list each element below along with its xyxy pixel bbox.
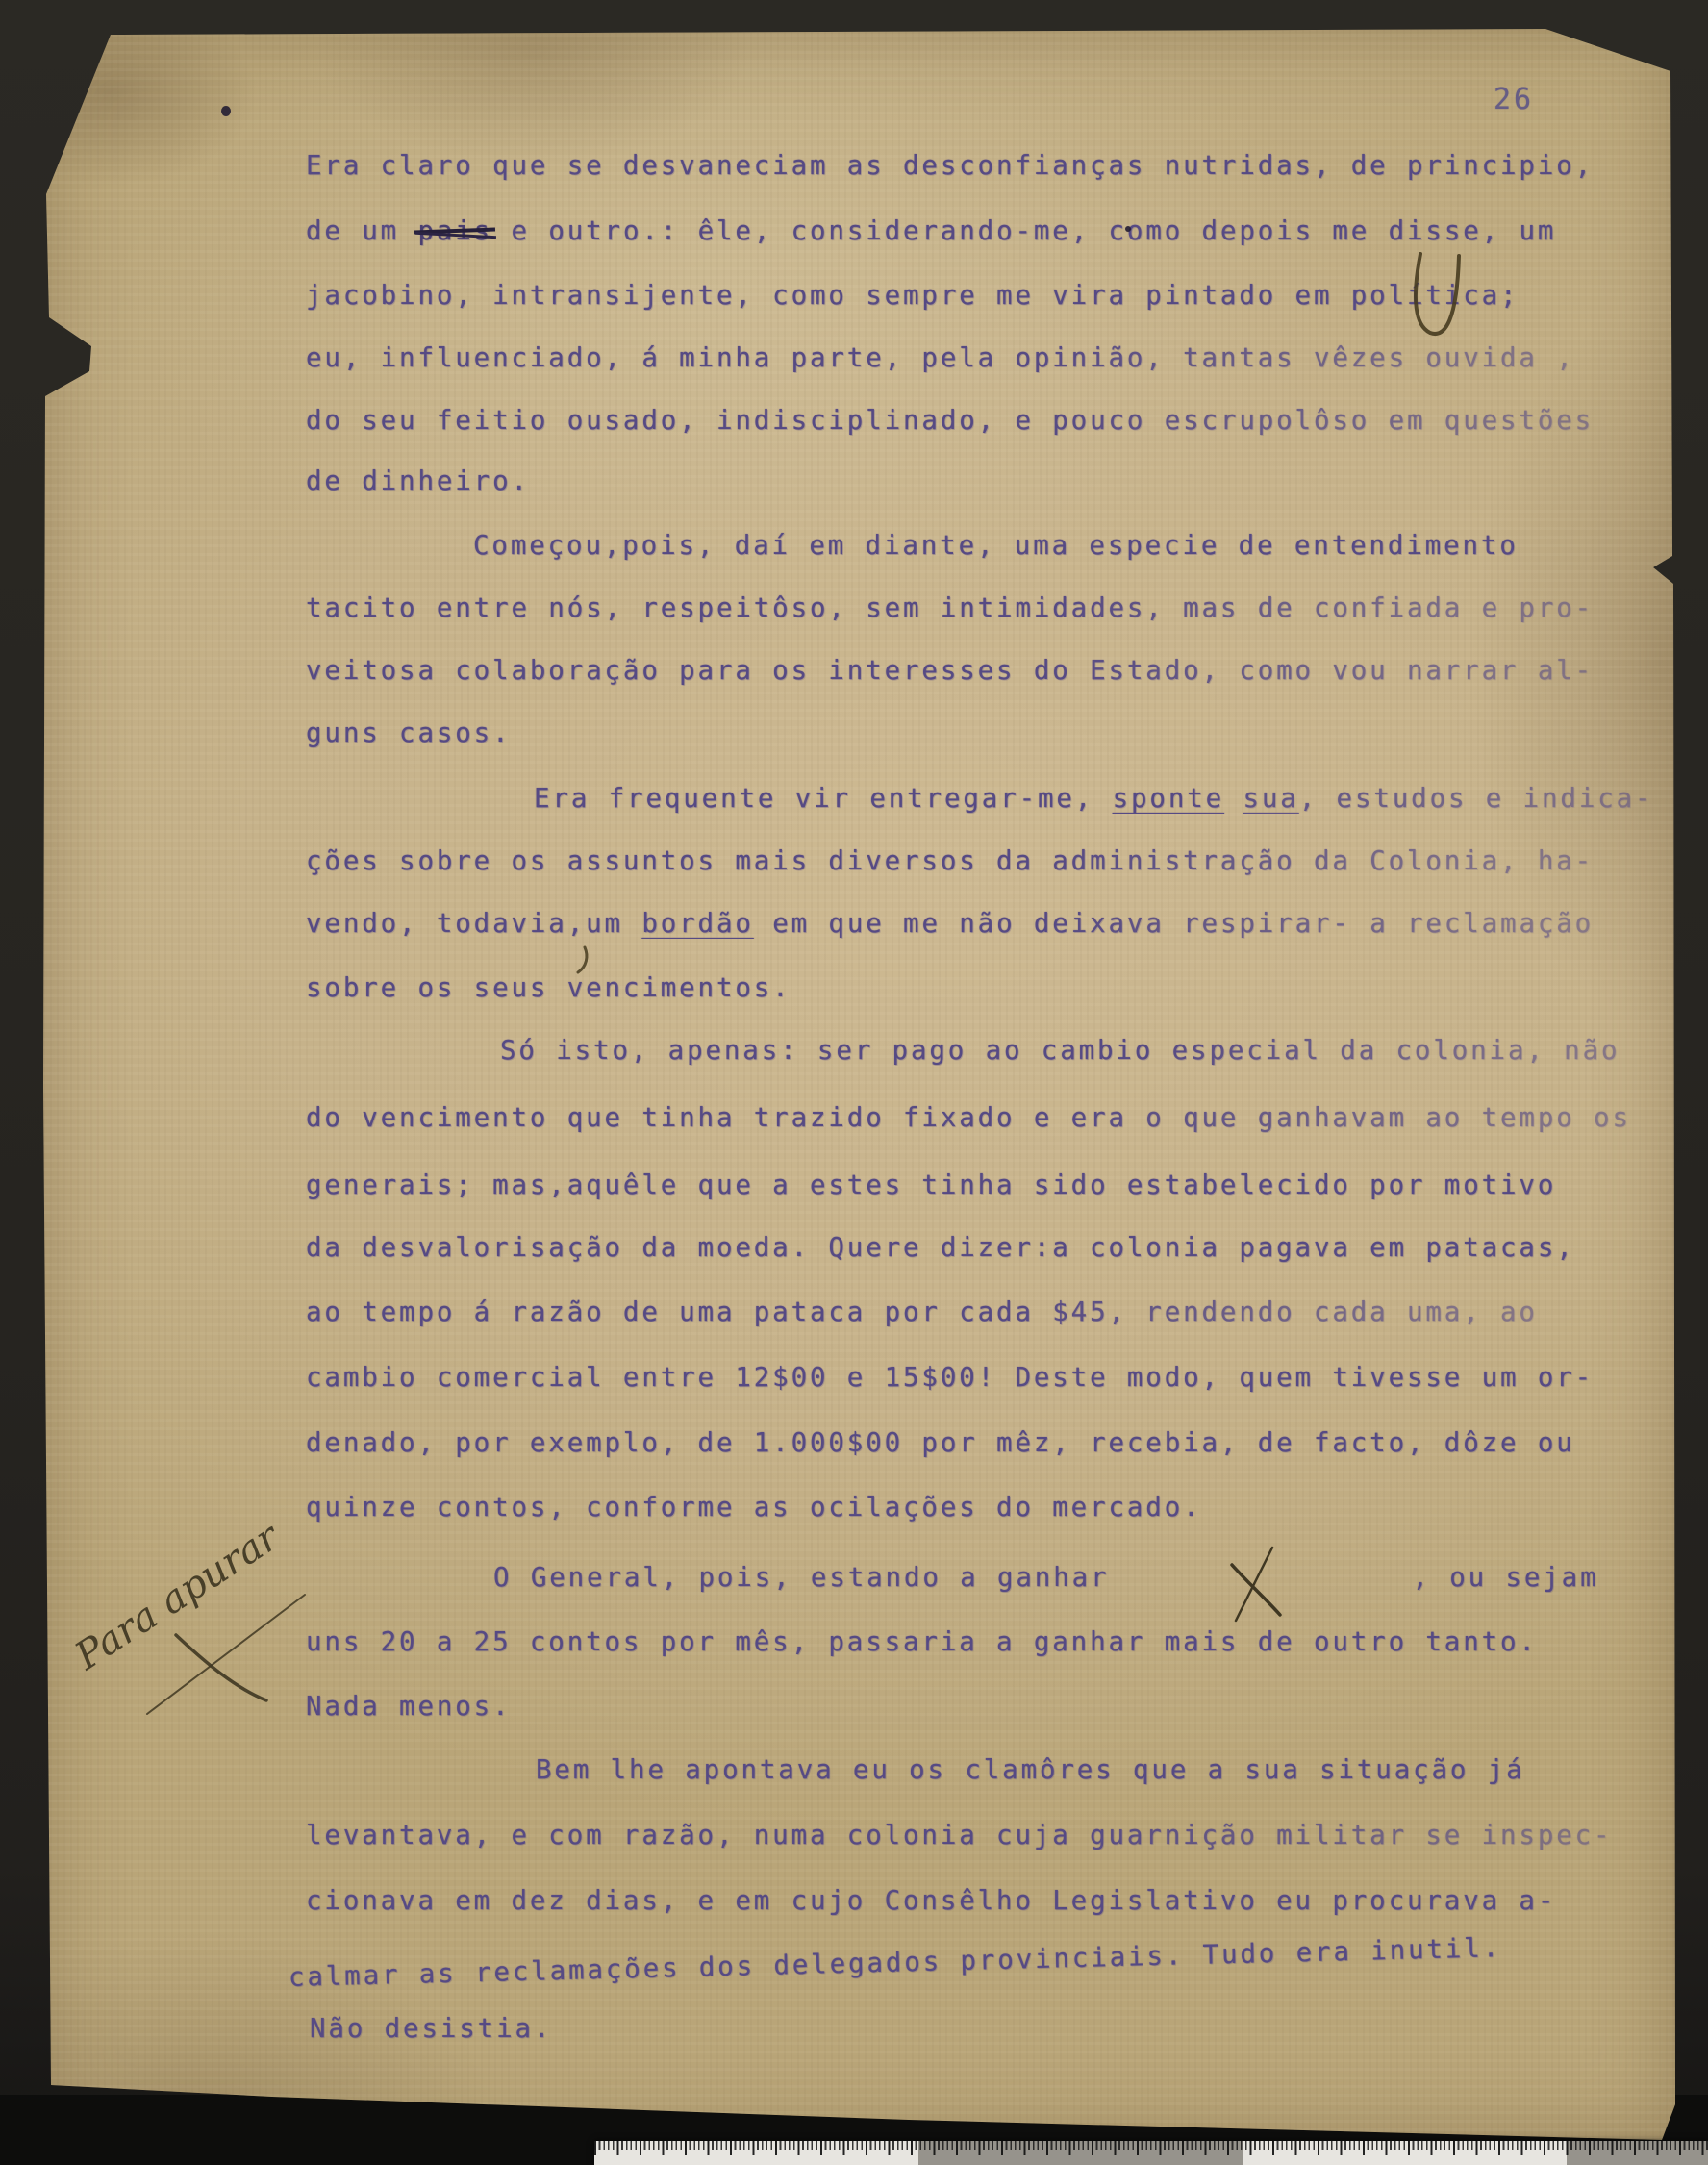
pen-x-mark xyxy=(1222,1544,1290,1625)
typed-line: veitosa colaboração para os interesses d… xyxy=(306,655,1594,686)
scanned-typescript-page: { "page": { "number": "26", "colors": { … xyxy=(0,0,1708,2165)
typed-line: uns 20 a 25 contos por mês, passaria a g… xyxy=(306,1626,1538,1657)
typed-line: O General, pois, estando a ganhar, ou se… xyxy=(493,1562,1599,1593)
typed-text: em que me não deixava respirar- a reclam… xyxy=(754,908,1594,939)
typed-line: ções sobre os assuntos mais diversos da … xyxy=(306,845,1594,876)
typed-line: guns casos. xyxy=(306,717,511,748)
paper-sheet: 26 Era claro que se desvaneciam as desco… xyxy=(43,29,1675,2140)
typed-line: generais; mas,aquêle que a estes tinha s… xyxy=(306,1170,1556,1200)
typed-line: cambio comercial entre 12$00 e 15$00! De… xyxy=(306,1362,1594,1393)
typed-line: Começou,pois, daí em diante, uma especie… xyxy=(473,530,1519,561)
typed-line: Era claro que se desvaneciam as desconfi… xyxy=(306,150,1594,181)
typed-line: denado, por exemplo, de 1.000$00 por mêz… xyxy=(306,1427,1575,1458)
typed-line: do vencimento que tinha trazido fixado e… xyxy=(306,1102,1631,1133)
underlined-word: bordão xyxy=(641,908,753,939)
typed-text: O General, pois, estando a ganhar xyxy=(493,1562,1109,1593)
ruler-tick-marks xyxy=(594,2141,1708,2165)
typed-line: do seu feitio ousado, indisciplinado, e … xyxy=(306,405,1594,436)
blank-amount-gap xyxy=(1109,1582,1412,1586)
typed-text: , ou sejam xyxy=(1412,1562,1598,1593)
inserted-comma-mark xyxy=(574,944,591,975)
underlined-word: sua xyxy=(1243,783,1298,814)
margin-note-text: Para apurar xyxy=(66,1513,289,1678)
typed-text: de um xyxy=(306,215,417,246)
typed-text: e outro.: êle, considerando-me, como dep… xyxy=(492,215,1556,246)
typed-text: vendo, todavia,um xyxy=(306,908,641,939)
typed-line: quinze contos, conforme as ocilações do … xyxy=(306,1492,1202,1523)
margin-x-stroke xyxy=(176,1635,266,1700)
typed-line: vendo, todavia,um bordão em que me não d… xyxy=(306,908,1594,939)
typed-text xyxy=(1224,783,1243,814)
typed-line: levantava, e com razão, numa colonia cuj… xyxy=(306,1820,1612,1850)
ink-speck xyxy=(221,106,231,116)
page-number: 26 xyxy=(1494,83,1534,116)
typed-line: Só isto, apenas: ser pago ao cambio espe… xyxy=(500,1035,1620,1066)
pen-u-mark xyxy=(1407,248,1474,344)
photo-scale-ruler xyxy=(594,2141,1708,2165)
typed-line: ao tempo á razão de uma pataca por cada … xyxy=(306,1296,1538,1327)
typed-line: calmar as reclamações dos delegados prov… xyxy=(289,1932,1502,1993)
underlined-word: sponte xyxy=(1113,783,1224,814)
typed-line: Era frequente vir entregar-me, sponte su… xyxy=(534,783,1653,814)
typed-line: da desvalorisação da moeda. Quere dizer:… xyxy=(306,1232,1575,1263)
struck-out-word: pais xyxy=(417,215,492,246)
margin-annotation: Para apurar xyxy=(63,1491,351,1741)
typed-line: sobre os seus vencimentos. xyxy=(306,972,791,1003)
typed-line: eu, influenciado, á minha parte, pela op… xyxy=(306,342,1575,373)
ink-speck xyxy=(1125,226,1131,232)
typed-line: de dinheiro. xyxy=(306,466,530,496)
typed-text: Era frequente vir entregar-me, xyxy=(534,783,1113,814)
typed-line: cionava em dez dias, e em cujo Consêlho … xyxy=(306,1885,1556,1916)
typed-line: jacobino, intransijente, como sempre me … xyxy=(306,280,1519,311)
typed-line: de um pais e outro.: êle, considerando-m… xyxy=(306,215,1556,246)
typed-line: Não desistia. xyxy=(310,2013,552,2044)
typed-line: Bem lhe apontava eu os clamôres que a su… xyxy=(536,1754,1525,1785)
typed-text: , estudos e indica- xyxy=(1299,783,1654,814)
typed-line: tacito entre nós, respeitôso, sem intimi… xyxy=(306,592,1594,623)
